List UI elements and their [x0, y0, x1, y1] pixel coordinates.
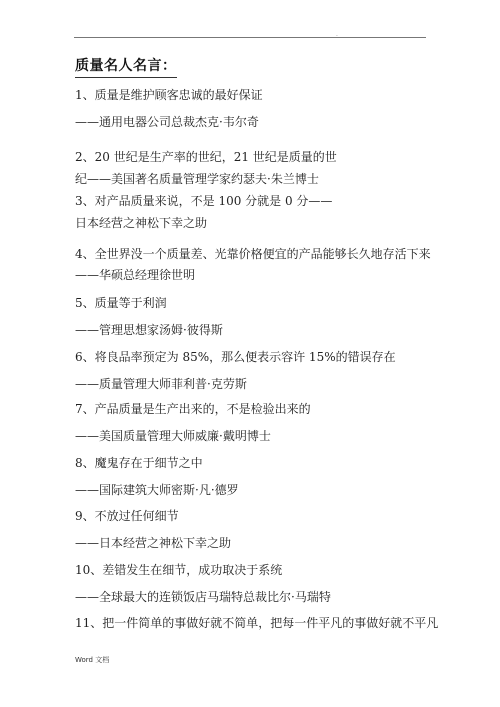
page-title: 质量名人名言： [75, 55, 177, 78]
quote-attribution: ——质量管理大师菲利普·克劳斯 [75, 375, 247, 392]
quote-line: 10、差错发生在细节，成功取决于系统 [75, 561, 282, 578]
header-rule [74, 37, 426, 38]
quote-attribution: ——日本经营之神松下幸之助 [75, 534, 231, 551]
header-dot: . [336, 31, 338, 38]
quote-line: 5、质量等于利润 [75, 294, 167, 311]
footer-label: Word 文档 [75, 655, 109, 665]
quote-line: 纪——美国著名质量管理学家约瑟夫·朱兰博士 [75, 170, 319, 187]
quote-line: 3、对产品质量来说，不是 100 分就是 0 分—— [75, 192, 332, 209]
quote-line: 日本经营之神松下幸之助 [75, 214, 207, 231]
quote-attribution: ——全球最大的连锁饭店马瑞特总裁比尔·马瑞特 [75, 588, 331, 605]
quote-line: 1、质量是维护顾客忠诚的最好保证 [75, 86, 263, 103]
quote-attribution: ——通用电器公司总裁杰克·韦尔奇 [75, 113, 259, 130]
quote-line: 4、全世界没一个质量差、光靠价格便宜的产品能够长久地存活下来 [75, 245, 431, 262]
quote-line: 9、不放过任何细节 [75, 507, 179, 524]
quote-line: 8、魔鬼存在于细节之中 [75, 454, 203, 471]
quote-line: 6、将良品率预定为 85%，那么便表示容许 15%的错误存在 [75, 348, 396, 365]
quote-attribution: ——管理思想家汤姆·彼得斯 [75, 321, 223, 338]
quote-line: 2、20 世纪是生产率的世纪，21 世纪是质量的世 [75, 148, 337, 165]
quote-attribution: ——国际建筑大师密斯·凡·德罗 [75, 481, 239, 498]
quote-line: 11、把一件简单的事做好就不简单，把每一件平凡的事做好就不平凡 [75, 614, 438, 631]
quote-attribution: ——华硕总经理徐世明 [75, 266, 195, 283]
quote-line: 7、产品质量是生产出来的，不是检验出来的 [75, 400, 311, 417]
quote-attribution: ——美国质量管理大师威廉·戴明博士 [75, 427, 271, 444]
